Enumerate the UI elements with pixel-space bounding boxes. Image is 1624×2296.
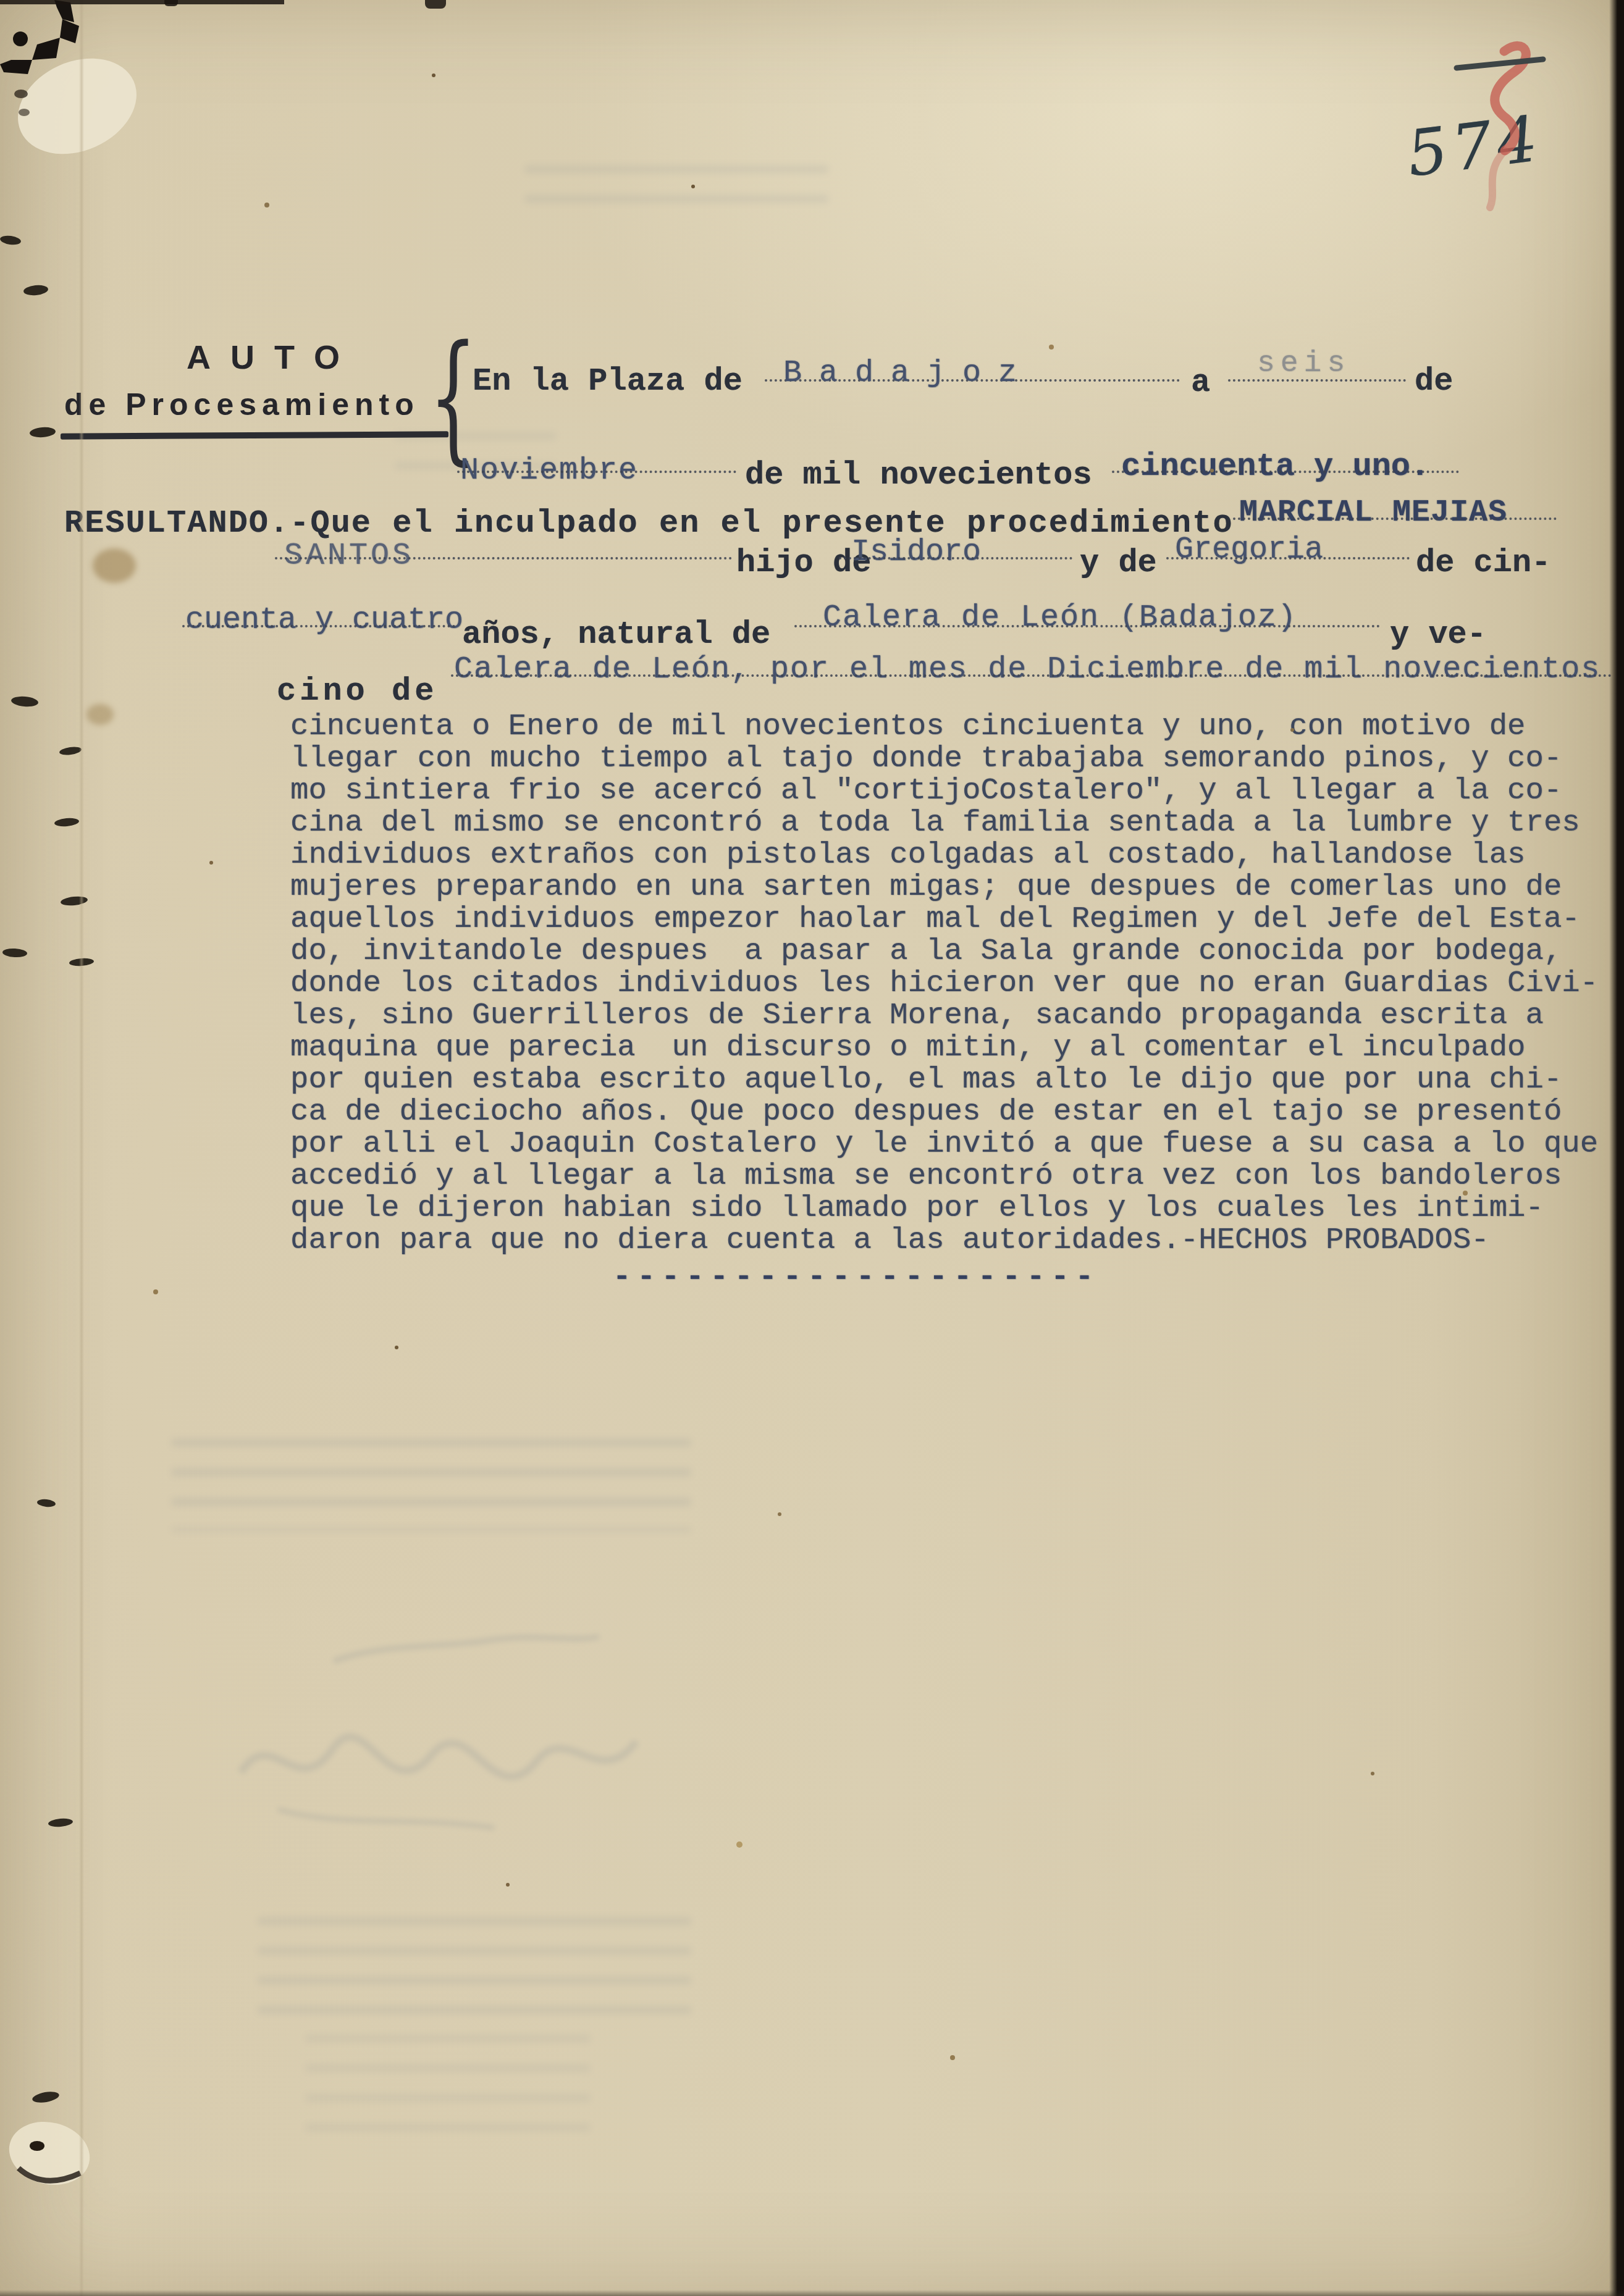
ghost-signature xyxy=(204,1606,698,1865)
edge-tear xyxy=(2,948,28,958)
edge-tear xyxy=(54,817,80,827)
birthplace-fill: Calera de León (Badajoz) xyxy=(823,600,1297,635)
dotted-rule xyxy=(1112,471,1459,473)
edge-tear xyxy=(32,2090,60,2104)
body-line: ca de dieciocho años. Que poco despues d… xyxy=(290,1096,1598,1128)
body-line: aquellos individuos empezor haolar mal d… xyxy=(290,903,1598,935)
body-line: llegar con mucho tiempo al tajo donde tr… xyxy=(290,742,1598,774)
dotted-rule xyxy=(1233,517,1557,520)
resultando-lead: RESULTANDO.-Que el inculpado en el prese… xyxy=(64,505,1234,542)
body-line: mujeres preparando en una sarten migas; … xyxy=(290,871,1598,903)
label-anos-natural-de: años, natural de xyxy=(462,616,770,653)
place-fill: Badajoz xyxy=(783,356,1034,391)
body-line: mo sintiera frio se acercó al "cortijoCo… xyxy=(290,774,1598,807)
ink-stain xyxy=(86,704,114,725)
red-crossed-mark xyxy=(1445,30,1563,215)
paper-tear-topleft xyxy=(0,0,198,198)
label-en-la-plaza: En la Plaza de xyxy=(473,363,743,400)
edge-tear xyxy=(23,284,48,296)
label-cino-de: cino de xyxy=(277,673,437,710)
ink-stain xyxy=(93,548,136,583)
edge-tear xyxy=(11,695,38,708)
scanned-document-page: 574 AUTO de Procesamiento { En la Plaza … xyxy=(0,0,1624,2296)
dotted-rule xyxy=(275,557,732,559)
ghost-showthrough xyxy=(258,1917,691,2022)
dotted-rule xyxy=(794,625,1380,627)
body-line: donde los citados individuos les hiciero… xyxy=(290,967,1598,999)
body-line: que le dijeron habian sido llamado por e… xyxy=(290,1192,1598,1224)
body-line: por quien estaba escrito aquello, el mas… xyxy=(290,1063,1598,1096)
edge-tear xyxy=(36,1498,56,1507)
body-line: por alli el Joaquin Costalero y le invit… xyxy=(290,1128,1598,1160)
label-y-de: y de xyxy=(1080,545,1157,581)
ghost-showthrough xyxy=(525,165,828,224)
label-y-ve: y ve- xyxy=(1390,616,1486,653)
closing-dashes: -------------------- xyxy=(613,1260,1100,1294)
body-line: cina del mismo se encontró a toda la fam… xyxy=(290,807,1598,839)
label-de-cin: de cin- xyxy=(1416,545,1550,581)
label-de: de xyxy=(1415,363,1453,400)
edge-tear xyxy=(48,1817,74,1827)
father-fill: Isidoro xyxy=(851,535,981,570)
scan-edge-top xyxy=(164,0,178,6)
body-line: accedió y al llegar a la misma se encont… xyxy=(290,1160,1598,1192)
residence-fill: Calera de León, por el mes de Diciembre … xyxy=(454,652,1601,687)
label-a: a xyxy=(1191,364,1210,401)
dotted-rule xyxy=(457,471,736,473)
year-fill: cincuenta y uno. xyxy=(1121,448,1429,485)
edge-tear xyxy=(29,427,56,438)
body-line: les, sino Guerrilleros de Sierra Morena,… xyxy=(290,999,1598,1031)
accused-name-fill: MARCIAL MEJIAS xyxy=(1239,495,1507,530)
edge-tear xyxy=(0,235,22,246)
subtitle-underline xyxy=(61,431,448,439)
ghost-showthrough xyxy=(306,2035,590,2143)
body-line: daron para que no diera cuenta a las aut… xyxy=(290,1224,1598,1256)
dotted-rule xyxy=(839,557,1072,559)
body-text-block: cincuenta o Enero de mil novecientos cin… xyxy=(290,710,1598,1256)
mother-fill: Gregoria xyxy=(1175,532,1323,568)
scan-edge-right xyxy=(1609,0,1624,2296)
doc-subtitle: de Procesamiento xyxy=(64,387,419,422)
scan-edge-top xyxy=(425,0,446,9)
ghost-showthrough xyxy=(172,1439,691,1531)
accused-surname-fill: SANTOS xyxy=(284,538,414,574)
body-line: maquina que parecia un discurso o mitin,… xyxy=(290,1031,1598,1063)
dotted-rule xyxy=(451,674,1612,677)
dotted-rule xyxy=(1166,557,1410,559)
doc-title: AUTO xyxy=(187,338,360,377)
age-fill: cuenta y cuatro xyxy=(185,603,463,638)
dotted-rule xyxy=(182,625,455,627)
body-line: cincuenta o Enero de mil novecientos cin… xyxy=(290,710,1598,742)
paper-crease xyxy=(79,0,84,2296)
body-line: do, invitandole despues a pasar a la Sal… xyxy=(290,935,1598,967)
body-line: individuos extraños con pistolas colgada… xyxy=(290,839,1598,871)
label-de-mil-novecientos: de mil novecientos xyxy=(745,457,1092,493)
day-fill: seis xyxy=(1257,347,1350,380)
scan-edge-bottom xyxy=(0,2290,1624,2296)
paper-tear-bottomleft xyxy=(5,2109,110,2202)
scan-edge-top xyxy=(0,0,284,4)
